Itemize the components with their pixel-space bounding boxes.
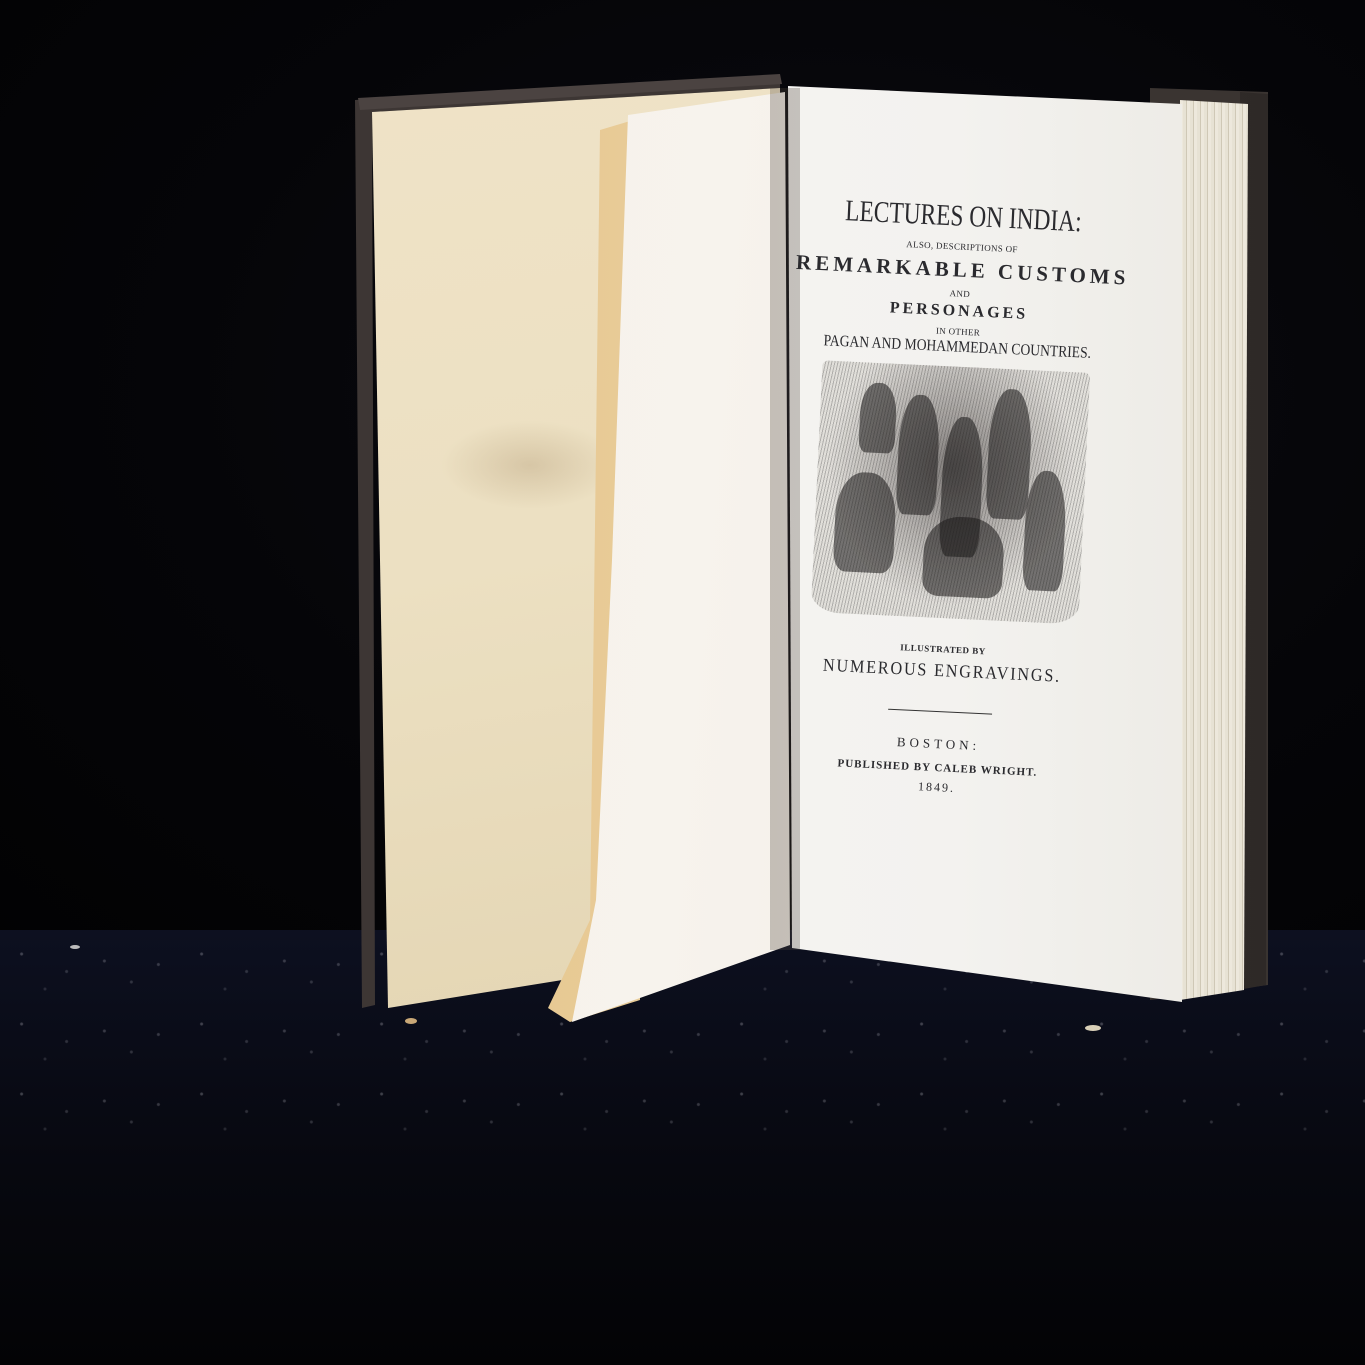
engraving-illustration [811,360,1091,624]
divider-rule [888,709,992,715]
debris-fragment [1085,1025,1101,1031]
engraving-water-jar [858,382,897,454]
title-page-text: LECTURES ON INDIA: ALSO, DESCRIPTIONS OF… [771,180,1129,803]
engraving-figure [895,394,941,516]
pastedown-stain [440,420,620,510]
engraving-figure [833,471,898,574]
imprint-city: BOSTON: [773,728,1103,760]
engraving-figure [985,388,1033,520]
debris-fragment [405,1018,417,1024]
book-title: LECTURES ON INDIA: [834,194,1093,240]
engraving-seated-figure [922,515,1006,599]
debris-fragment [70,945,80,949]
photo-scene: LECTURES ON INDIA: ALSO, DESCRIPTIONS OF… [0,0,1365,1365]
engraving-figure [1022,470,1068,592]
